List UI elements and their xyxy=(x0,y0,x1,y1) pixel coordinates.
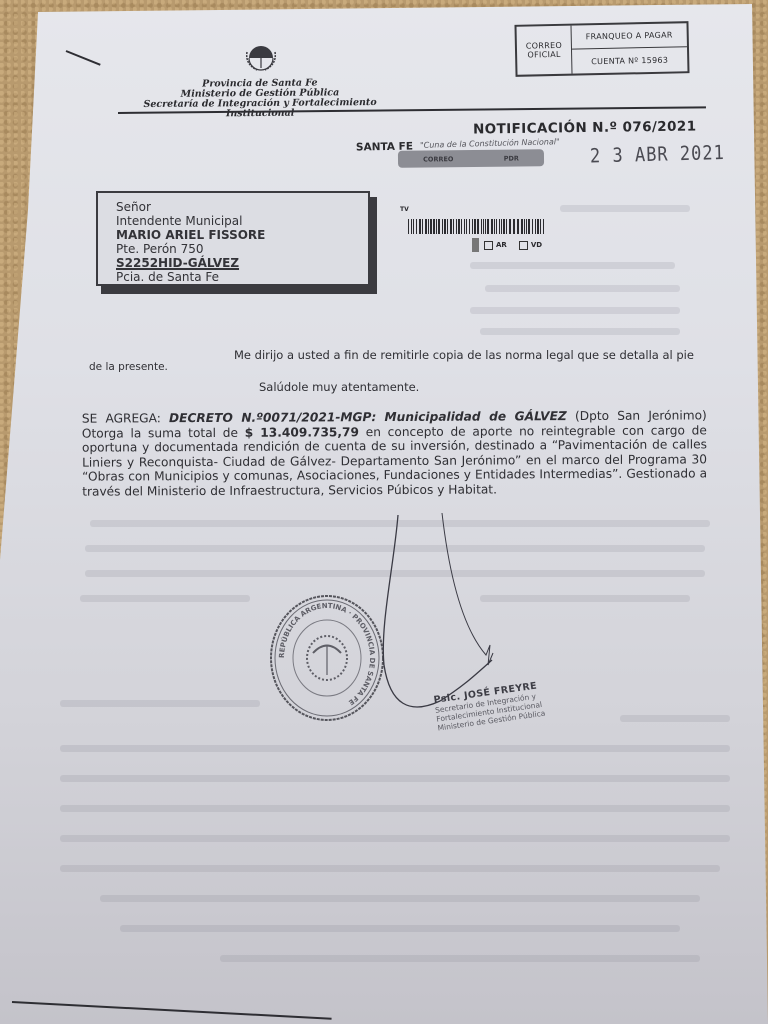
intro-paragraph: Me dirijo a usted a fin de remitirle cop… xyxy=(234,348,694,362)
decree-department: (Dpto San Jerónimo) xyxy=(567,408,707,423)
sticker-right-text: PDR xyxy=(504,154,519,162)
recipient-province: Pcia. de Santa Fe xyxy=(116,270,368,284)
postage-official-mail: CORREO OFICIAL xyxy=(517,26,573,75)
decree-prefix: SE AGREGA: xyxy=(82,411,169,425)
postage-box: CORREO OFICIAL FRANQUEO A PAGAR CUENTA N… xyxy=(514,21,689,77)
handwritten-signature xyxy=(370,505,520,715)
recipient-postal-city: S2252HID-GÁLVEZ xyxy=(116,256,368,270)
recipient-address-box: Señor Intendente Municipal MARIO ARIEL F… xyxy=(96,191,370,286)
notification-title: NOTIFICACIÓN N.º 076/2021 xyxy=(473,118,697,137)
closing-line: Salúdole muy atentamente. xyxy=(259,380,419,394)
official-seal-icon: REPÚBLICA ARGENTINA · PROVINCIA DE SANTA… xyxy=(268,593,386,723)
date-stamp: 2 3 ABR 2021 xyxy=(590,142,725,169)
document-page: Provincia de Santa Fe Ministerio de Gest… xyxy=(0,0,768,1024)
sticker-left-text: CORREO xyxy=(423,155,453,163)
postage-account: CUENTA Nº 15963 xyxy=(572,47,687,73)
decree-paragraph: SE AGREGA: DECRETO N.º0071/2021-MGP: Mun… xyxy=(82,408,707,499)
barcode-icon xyxy=(408,219,546,234)
ar-checkbox[interactable] xyxy=(484,241,493,250)
recipient-salutation: Señor xyxy=(116,200,368,214)
city-motto: "Cuna de la Constitución Nacional" xyxy=(420,137,560,150)
marker-block xyxy=(472,238,479,252)
footer-rule xyxy=(12,1001,332,1020)
issuer-header: Provincia de Santa Fe Ministerio de Gest… xyxy=(130,78,390,120)
pen-mark xyxy=(66,50,101,66)
recipient-street: Pte. Perón 750 xyxy=(116,242,368,256)
vd-checkbox[interactable] xyxy=(519,241,528,250)
decree-text-a: Otorga la suma total de xyxy=(82,425,245,440)
ar-label: AR xyxy=(496,241,507,249)
intro-paragraph-end: de la presente. xyxy=(89,361,168,373)
tracking-label: TV xyxy=(400,206,409,213)
decree-amount: $ 13.409.735,79 xyxy=(245,425,359,440)
recipient-position: Intendente Municipal xyxy=(116,214,368,228)
provincial-crest-icon xyxy=(243,38,279,74)
postage-prepaid: FRANQUEO A PAGAR xyxy=(572,23,687,49)
tracking-options: AR VD xyxy=(472,238,542,252)
mail-sticker: CORREO PDR xyxy=(398,149,544,168)
recipient-name: MARIO ARIEL FISSORE xyxy=(116,228,368,242)
decree-number: DECRETO N.º0071/2021-MGP: xyxy=(169,410,376,425)
vd-label: VD xyxy=(531,241,542,249)
decree-municipality: Municipalidad de GÁLVEZ xyxy=(384,409,566,424)
